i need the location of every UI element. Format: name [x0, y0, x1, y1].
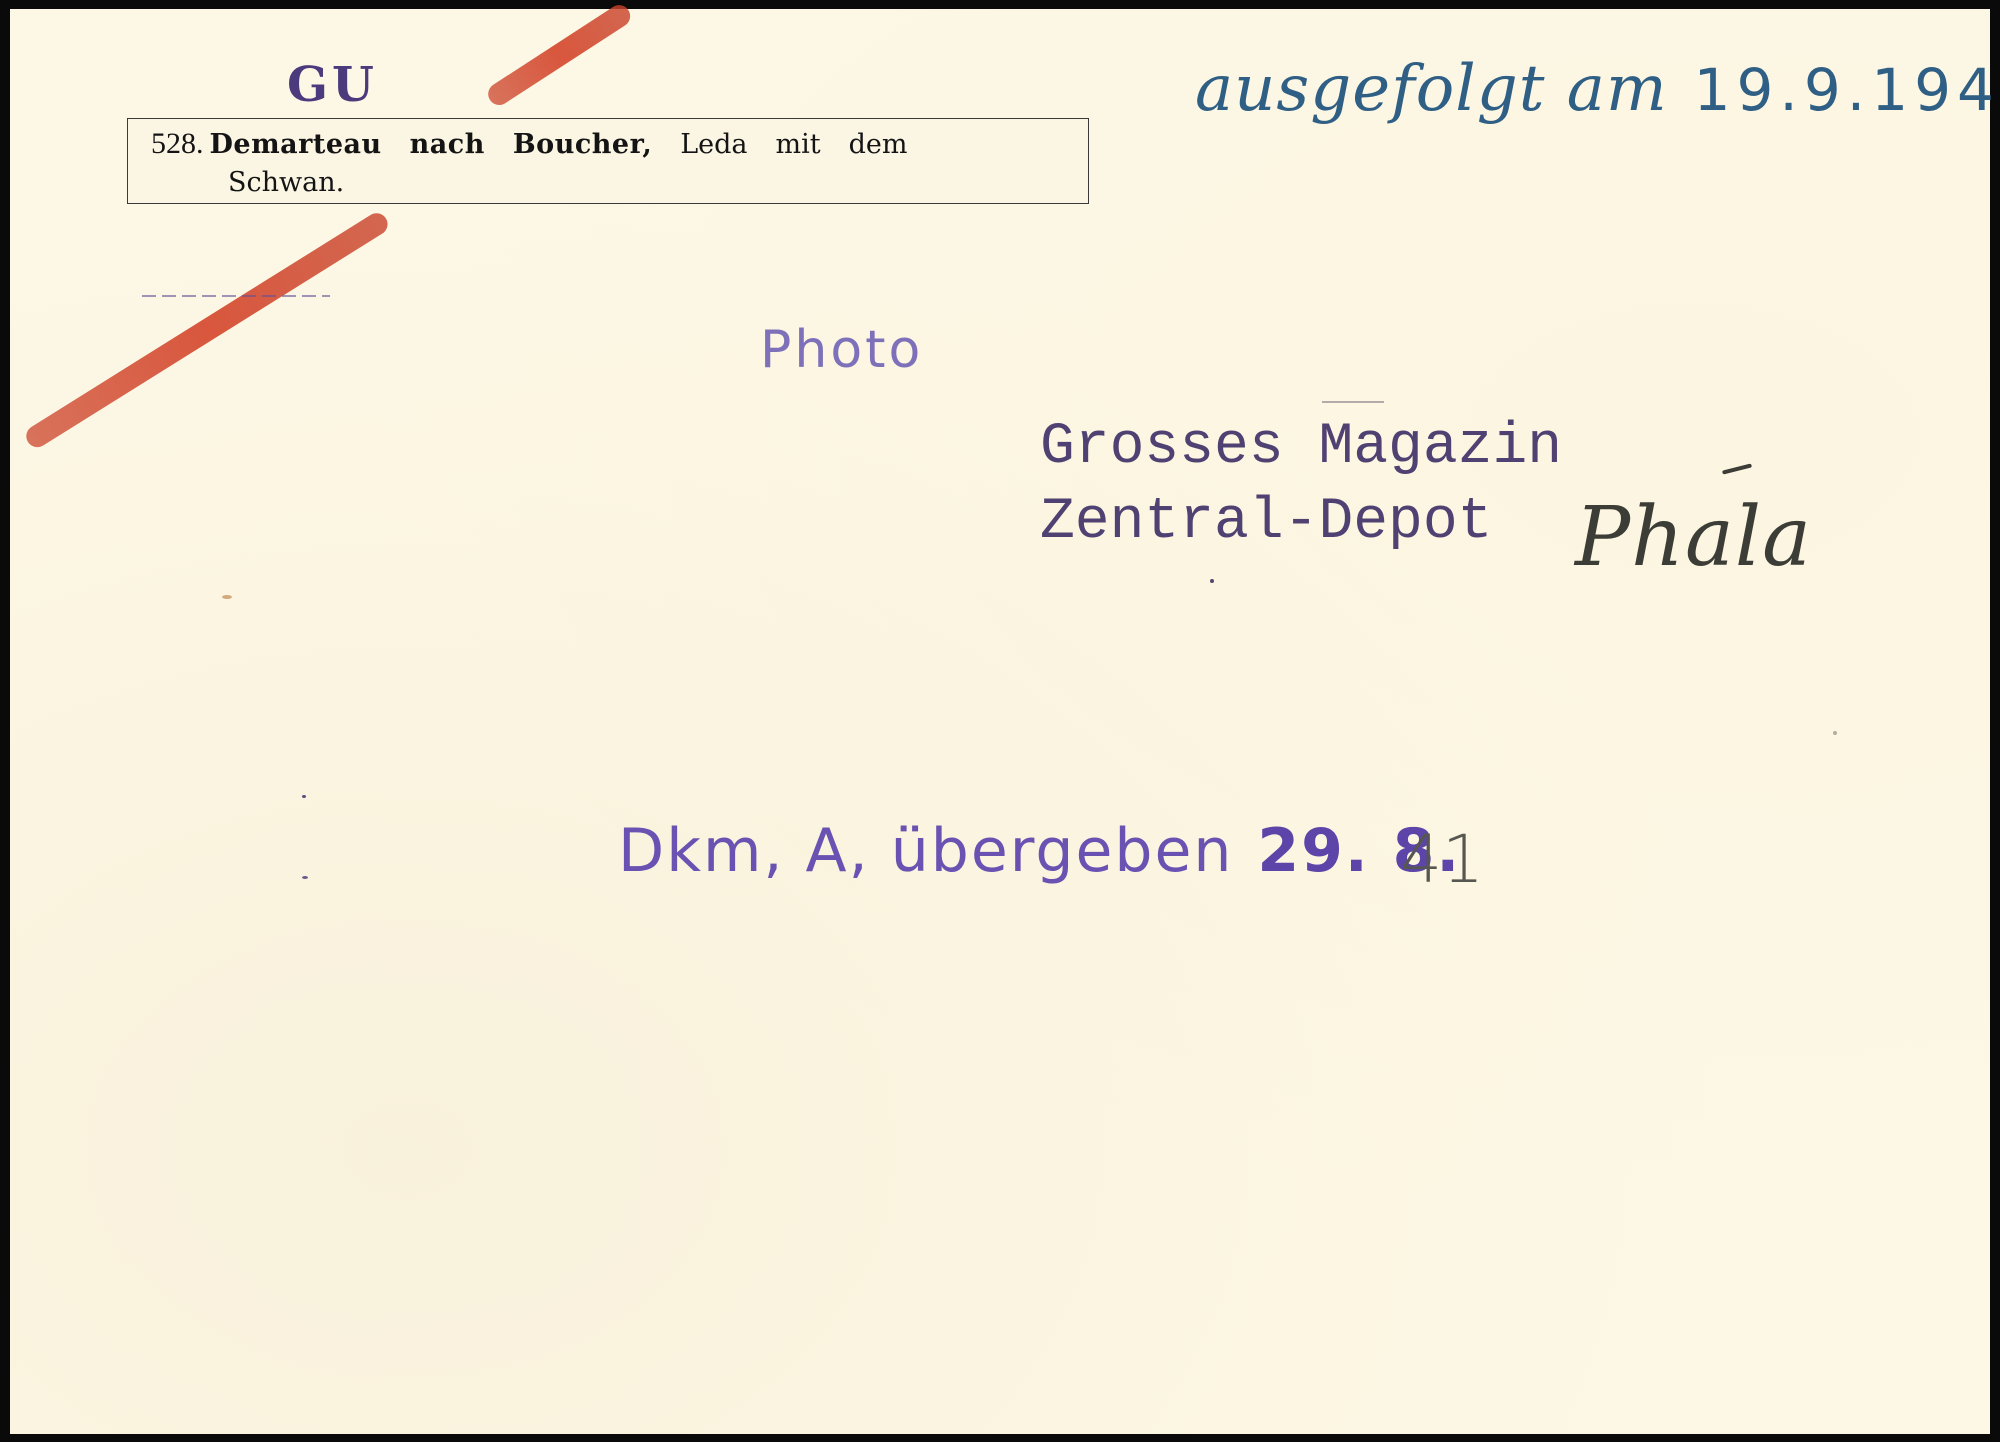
handwritten-year: 41: [1400, 827, 1484, 893]
red-pencil-stroke-upper: [484, 1, 634, 109]
transfer-stamp: Dkm, A, übergeben29. 8.: [618, 821, 1461, 881]
catalog-label-strip: 528.DemarteaunachBoucher,Ledamitdem Schw…: [127, 118, 1089, 204]
release-note-text: ausgefolgt am: [1195, 52, 1668, 126]
label-word-leda: Leda: [680, 129, 747, 160]
typed-location-line-1: Grosses Magazin: [1040, 419, 1562, 477]
label-word-artist: Demarteau: [210, 129, 382, 160]
label-word-nach: nach: [410, 129, 485, 160]
ink-speck: [302, 876, 308, 879]
release-note-date: 19.9.1946: [1694, 56, 2000, 124]
photo-stamp: Photo: [760, 324, 923, 376]
index-card: GU 528.DemarteaunachBoucher,Ledamitdem S…: [10, 9, 1990, 1434]
label-word-boucher: Boucher,: [513, 129, 652, 160]
faint-dashed-line: [142, 295, 330, 297]
handwritten-name: Phala: [1575, 497, 1812, 579]
label-line-1: 528.DemarteaunachBoucher,Ledamitdem: [151, 129, 936, 159]
ink-speck: [302, 795, 306, 798]
ink-speck: [1210, 579, 1214, 583]
label-line-2: Schwan.: [228, 169, 344, 196]
label-word-mit: mit: [776, 129, 821, 160]
typed-location-line-2: Zentral-Depot: [1040, 494, 1492, 552]
faint-dash-mark: [1322, 401, 1384, 403]
red-pencil-stroke-lower: [22, 209, 392, 451]
label-word-dem: dem: [849, 129, 908, 160]
paper-stain: [222, 595, 232, 599]
paper-speck: [1833, 731, 1837, 735]
phala-accent-mark: [1722, 463, 1752, 474]
catalog-number: 528.: [151, 127, 204, 160]
gu-stamp: GU: [287, 61, 378, 109]
transfer-stamp-text: Dkm, A, übergeben: [618, 816, 1233, 886]
release-note-handwritten: ausgefolgt am19.9.1946: [1195, 57, 2000, 121]
